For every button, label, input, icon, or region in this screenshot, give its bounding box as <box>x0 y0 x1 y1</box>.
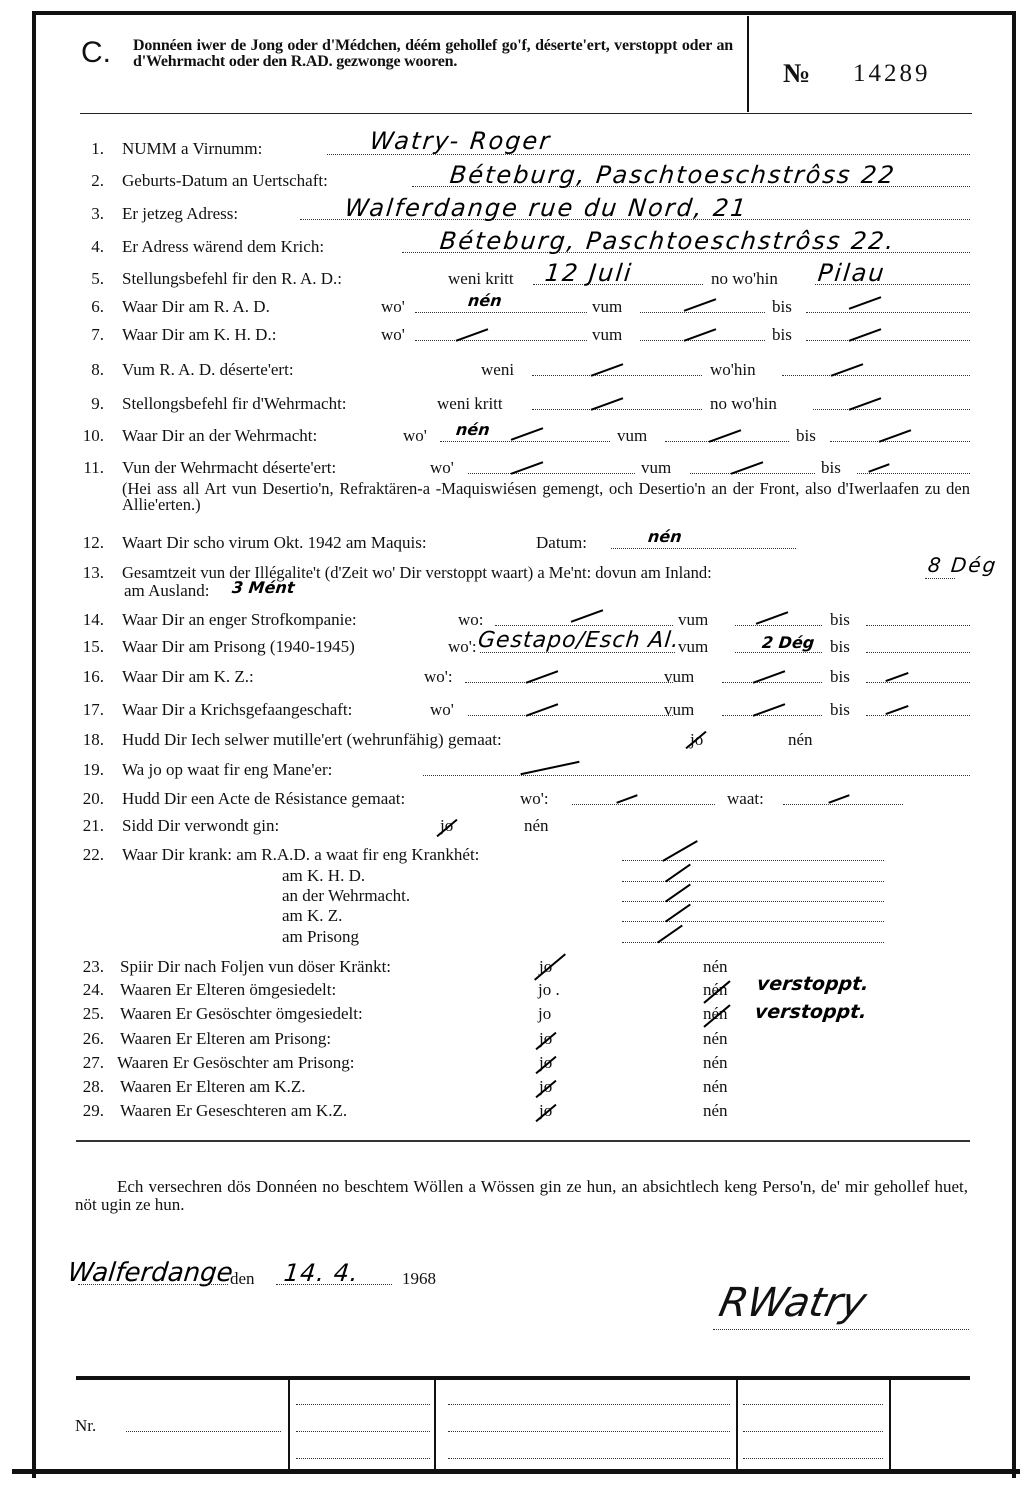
sub-label: am K. Z. <box>282 905 342 927</box>
field-number: 5. <box>74 268 104 290</box>
illness-wehrmacht-field[interactable] <box>622 885 884 902</box>
option-nen[interactable]: nén <box>703 1028 728 1050</box>
illness-kz-field[interactable] <box>622 905 884 922</box>
field-number: 11. <box>74 457 104 479</box>
header-rule <box>80 113 972 114</box>
field-label: Hudd Dir een Acte de Résistance gemaat: <box>122 788 405 810</box>
signature-line[interactable] <box>713 1329 969 1330</box>
wohin-label: no wo'hin <box>711 268 778 290</box>
bis-label: bis <box>821 457 841 479</box>
rad-destination-value: Pilau <box>817 262 887 284</box>
field-11-note: (Hei ass all Art vun Desertio'n, Refrakt… <box>122 481 970 513</box>
field-number: 24. <box>74 979 104 1001</box>
vum-value: 2 Dég <box>761 632 816 654</box>
field-number: 27. <box>74 1052 104 1074</box>
field-number: 22. <box>74 844 104 866</box>
waat-label: waat: <box>727 788 764 810</box>
date-value: 14. 4. <box>283 1262 360 1284</box>
wohin-label: wo'hin <box>710 359 756 381</box>
bis-field[interactable] <box>866 699 970 716</box>
field-number: 18. <box>74 729 104 751</box>
vum-label: vum <box>678 636 708 658</box>
option-jo[interactable]: jo <box>538 1003 551 1025</box>
section-letter: C. <box>81 36 111 70</box>
bis-field[interactable] <box>866 636 970 653</box>
field-number: 29. <box>74 1100 104 1122</box>
bis-field[interactable] <box>866 666 970 683</box>
field-label: NUMM a Virnumm: <box>122 138 262 160</box>
signature: RWatry <box>715 1280 870 1326</box>
field-label: Er jetzeg Adress: <box>122 203 238 225</box>
rad-date-value: 12 Juli <box>544 262 634 284</box>
year-label: 1968 <box>402 1268 436 1290</box>
bis-label: bis <box>830 699 850 721</box>
table-cell[interactable] <box>296 1403 430 1405</box>
field-label: Waar Dir am Prisong (1940-1945) <box>122 636 355 658</box>
wo-value: Gestapo/Esch Al. <box>477 630 681 652</box>
wo-value: nén <box>467 290 503 312</box>
table-col-divider <box>288 1378 290 1472</box>
field-label: Waaren Er Elteren am K.Z. <box>120 1076 306 1098</box>
table-cell[interactable] <box>296 1457 430 1459</box>
field-label: Sidd Dir verwondt gin: <box>122 815 279 837</box>
table-cell[interactable] <box>296 1430 430 1432</box>
field-number: 9. <box>74 393 104 415</box>
field-label: Er Adress wärend dem Krich: <box>122 236 324 258</box>
wo-label: wo' <box>403 425 427 447</box>
sub-label: am K. H. D. <box>282 865 365 887</box>
option-nen[interactable]: nén <box>703 1052 728 1074</box>
field-number: 20. <box>74 788 104 810</box>
bis-field[interactable] <box>806 296 970 313</box>
nr-label: Nr. <box>75 1415 96 1437</box>
declaration-text: Ech versechren dös Donnéen no beschtem W… <box>75 1178 968 1214</box>
option-nen[interactable]: nén <box>788 729 813 751</box>
wo-label: wo': <box>424 666 453 688</box>
wo-label: wo' <box>381 324 405 346</box>
field-label: Wa jo op waat fir eng Mane'er: <box>122 759 332 781</box>
form-title: Donnéen iwer de Jong oder d'Médchen, déé… <box>133 38 733 70</box>
table-col-divider <box>736 1378 738 1472</box>
header-divider <box>747 16 749 112</box>
datum-field[interactable] <box>611 532 796 549</box>
bis-label: bis <box>830 636 850 658</box>
datum-value: nén <box>647 526 683 548</box>
field-number: 25. <box>74 1003 104 1025</box>
wo-field[interactable] <box>468 699 673 716</box>
field-label: Stellongsbefehl fir d'Wehrmacht: <box>122 393 347 415</box>
field-number: 21. <box>74 815 104 837</box>
illness-khd-field[interactable] <box>622 865 884 882</box>
field-label: Waar Dir am R. A. D. <box>122 296 270 318</box>
field-number: 16. <box>74 666 104 688</box>
den-label: den <box>230 1268 255 1290</box>
ausland-value: 3 Mént <box>231 577 296 599</box>
field-number: 7. <box>74 324 104 346</box>
bis-field[interactable] <box>857 457 970 474</box>
field-label: Waaren Er Elteren am Prisong: <box>120 1028 331 1050</box>
field-label: Waaren Er Gesöschter am Prisong: <box>117 1052 355 1074</box>
inland-value: 8 Dég <box>927 554 999 576</box>
field-label: Waar Dir an der Wehrmacht: <box>122 425 317 447</box>
field-number: 26. <box>74 1028 104 1050</box>
wo-value: nén <box>455 419 491 441</box>
weni-label: weni kritt <box>448 268 514 290</box>
field-number: 13. <box>74 562 104 584</box>
field-number: 12. <box>74 532 104 554</box>
field-label: Waar Dir am K. H. D.: <box>122 324 276 346</box>
field-number: 4. <box>74 236 104 258</box>
form-number: 14289 <box>853 60 931 88</box>
number-sign: № <box>783 58 810 89</box>
field-label: Waart Dir scho virum Okt. 1942 am Maquis… <box>122 532 427 554</box>
vum-label: vum <box>592 324 622 346</box>
option-jo[interactable]: jo . <box>538 979 560 1001</box>
field-number: 8. <box>74 359 104 381</box>
field-label: Waar Dir am K. Z.: <box>122 666 254 688</box>
option-nen[interactable]: nén <box>524 815 549 837</box>
weni-label: weni <box>481 359 514 381</box>
wartime-address-value: Béteburg, Paschtoeschstrôss 22. <box>439 230 897 252</box>
wohin-field[interactable] <box>813 393 970 410</box>
field-number: 19. <box>74 759 104 781</box>
table-col-divider <box>434 1378 436 1472</box>
weni-label: weni kritt <box>437 393 503 415</box>
field-label: Waar Dir a Krichsgefaangeschaft: <box>122 699 352 721</box>
manner-field[interactable] <box>423 759 970 776</box>
table-col-divider <box>889 1378 891 1472</box>
field-number: 14. <box>74 609 104 631</box>
sub-label: am Prisong <box>282 926 359 948</box>
field-label: Geburts-Datum an Uertschaft: <box>122 170 328 192</box>
field-number: 28. <box>74 1076 104 1098</box>
wo-label: wo': <box>520 788 549 810</box>
field-label: Hudd Dir Iech selwer mutille'ert (wehrun… <box>122 729 502 751</box>
field-number: 23. <box>74 956 104 978</box>
wo-label: wo' <box>430 457 454 479</box>
sub-label: an der Wehrmacht. <box>282 885 410 907</box>
option-nen[interactable]: nén <box>703 956 728 978</box>
place-field[interactable] <box>78 1268 228 1285</box>
wo-field[interactable] <box>468 457 635 474</box>
table-cell[interactable] <box>743 1430 883 1432</box>
bis-label: bis <box>772 296 792 318</box>
wo-field[interactable] <box>415 324 587 341</box>
name-value: Watry- Roger <box>369 130 553 152</box>
field-number: 3. <box>74 203 104 225</box>
field-label: Vum R. A. D. déserte'ert: <box>122 359 294 381</box>
weni-field[interactable] <box>532 393 702 410</box>
wo-field[interactable] <box>572 788 715 805</box>
wohin-field[interactable] <box>782 359 970 376</box>
field-label: Waar Dir an enger Strofkompanie: <box>122 609 357 631</box>
field-number: 15. <box>74 636 104 658</box>
option-nen[interactable]: nén <box>703 1100 728 1122</box>
section-divider <box>76 1140 970 1142</box>
field-number: 17. <box>74 699 104 721</box>
table-cell[interactable] <box>448 1403 730 1405</box>
birth-value: Béteburg, Paschtoeschstrôss 22 <box>449 164 897 186</box>
field-label: Waaren Er Gesöschter ömgesiedelt: <box>120 1003 363 1025</box>
bis-label: bis <box>830 609 850 631</box>
bis-label: bis <box>830 666 850 688</box>
field-label: Gesamtzeit vun der Illégalite't (d'Zeit … <box>122 562 712 584</box>
field-label: Stellungsbefehl fir den R. A. D.: <box>122 268 342 290</box>
remark-value: verstoppt. <box>754 1001 868 1023</box>
table-cell[interactable] <box>743 1457 883 1459</box>
datum-label: Datum: <box>536 532 587 554</box>
vum-label: vum <box>641 457 671 479</box>
weni-field[interactable] <box>532 359 702 376</box>
field-label: Waaren Er Elteren ömgesiedelt: <box>120 979 336 1001</box>
bis-label: bis <box>772 324 792 346</box>
bis-field[interactable] <box>806 324 970 341</box>
field-number: 2. <box>74 170 104 192</box>
nr-field[interactable] <box>126 1415 281 1432</box>
bottom-rule <box>12 1469 1020 1474</box>
table-cell[interactable] <box>448 1457 730 1459</box>
vum-label: vum <box>664 699 694 721</box>
vum-label: vum <box>617 425 647 447</box>
table-cell[interactable] <box>448 1430 730 1432</box>
vum-label: vum <box>592 296 622 318</box>
bis-label: bis <box>796 425 816 447</box>
field-label: Waaren Er Geseschteren am K.Z. <box>120 1100 347 1122</box>
wohin-label: no wo'hin <box>710 393 777 415</box>
ausland-label: am Ausland: <box>124 580 209 602</box>
field-label: Waar Dir krank: am R.A.D. a waat fir eng… <box>122 844 479 866</box>
current-address-value: Walferdange rue du Nord, 21 <box>344 197 749 219</box>
field-number: 6. <box>74 296 104 318</box>
vum-label: vum <box>678 609 708 631</box>
option-nen[interactable]: nén <box>703 1076 728 1098</box>
wo-label: wo' <box>430 699 454 721</box>
wo-label: wo' <box>381 296 405 318</box>
field-number: 1. <box>74 138 104 160</box>
field-number: 10. <box>74 425 104 447</box>
remark-value: verstoppt. <box>756 973 870 995</box>
wo-field[interactable] <box>465 666 673 683</box>
wo-label: wo': <box>448 636 477 658</box>
table-cell[interactable] <box>743 1403 883 1405</box>
vum-field[interactable] <box>735 609 822 626</box>
bis-field[interactable] <box>866 609 970 626</box>
vum-label: vum <box>664 666 694 688</box>
field-label: Spiir Dir nach Foljen vun döser Kränkt: <box>120 956 391 978</box>
illness-rad-field[interactable] <box>622 844 884 861</box>
field-label: Vun der Wehrmacht déserte'ert: <box>122 457 336 479</box>
table-top-rule <box>76 1376 970 1380</box>
